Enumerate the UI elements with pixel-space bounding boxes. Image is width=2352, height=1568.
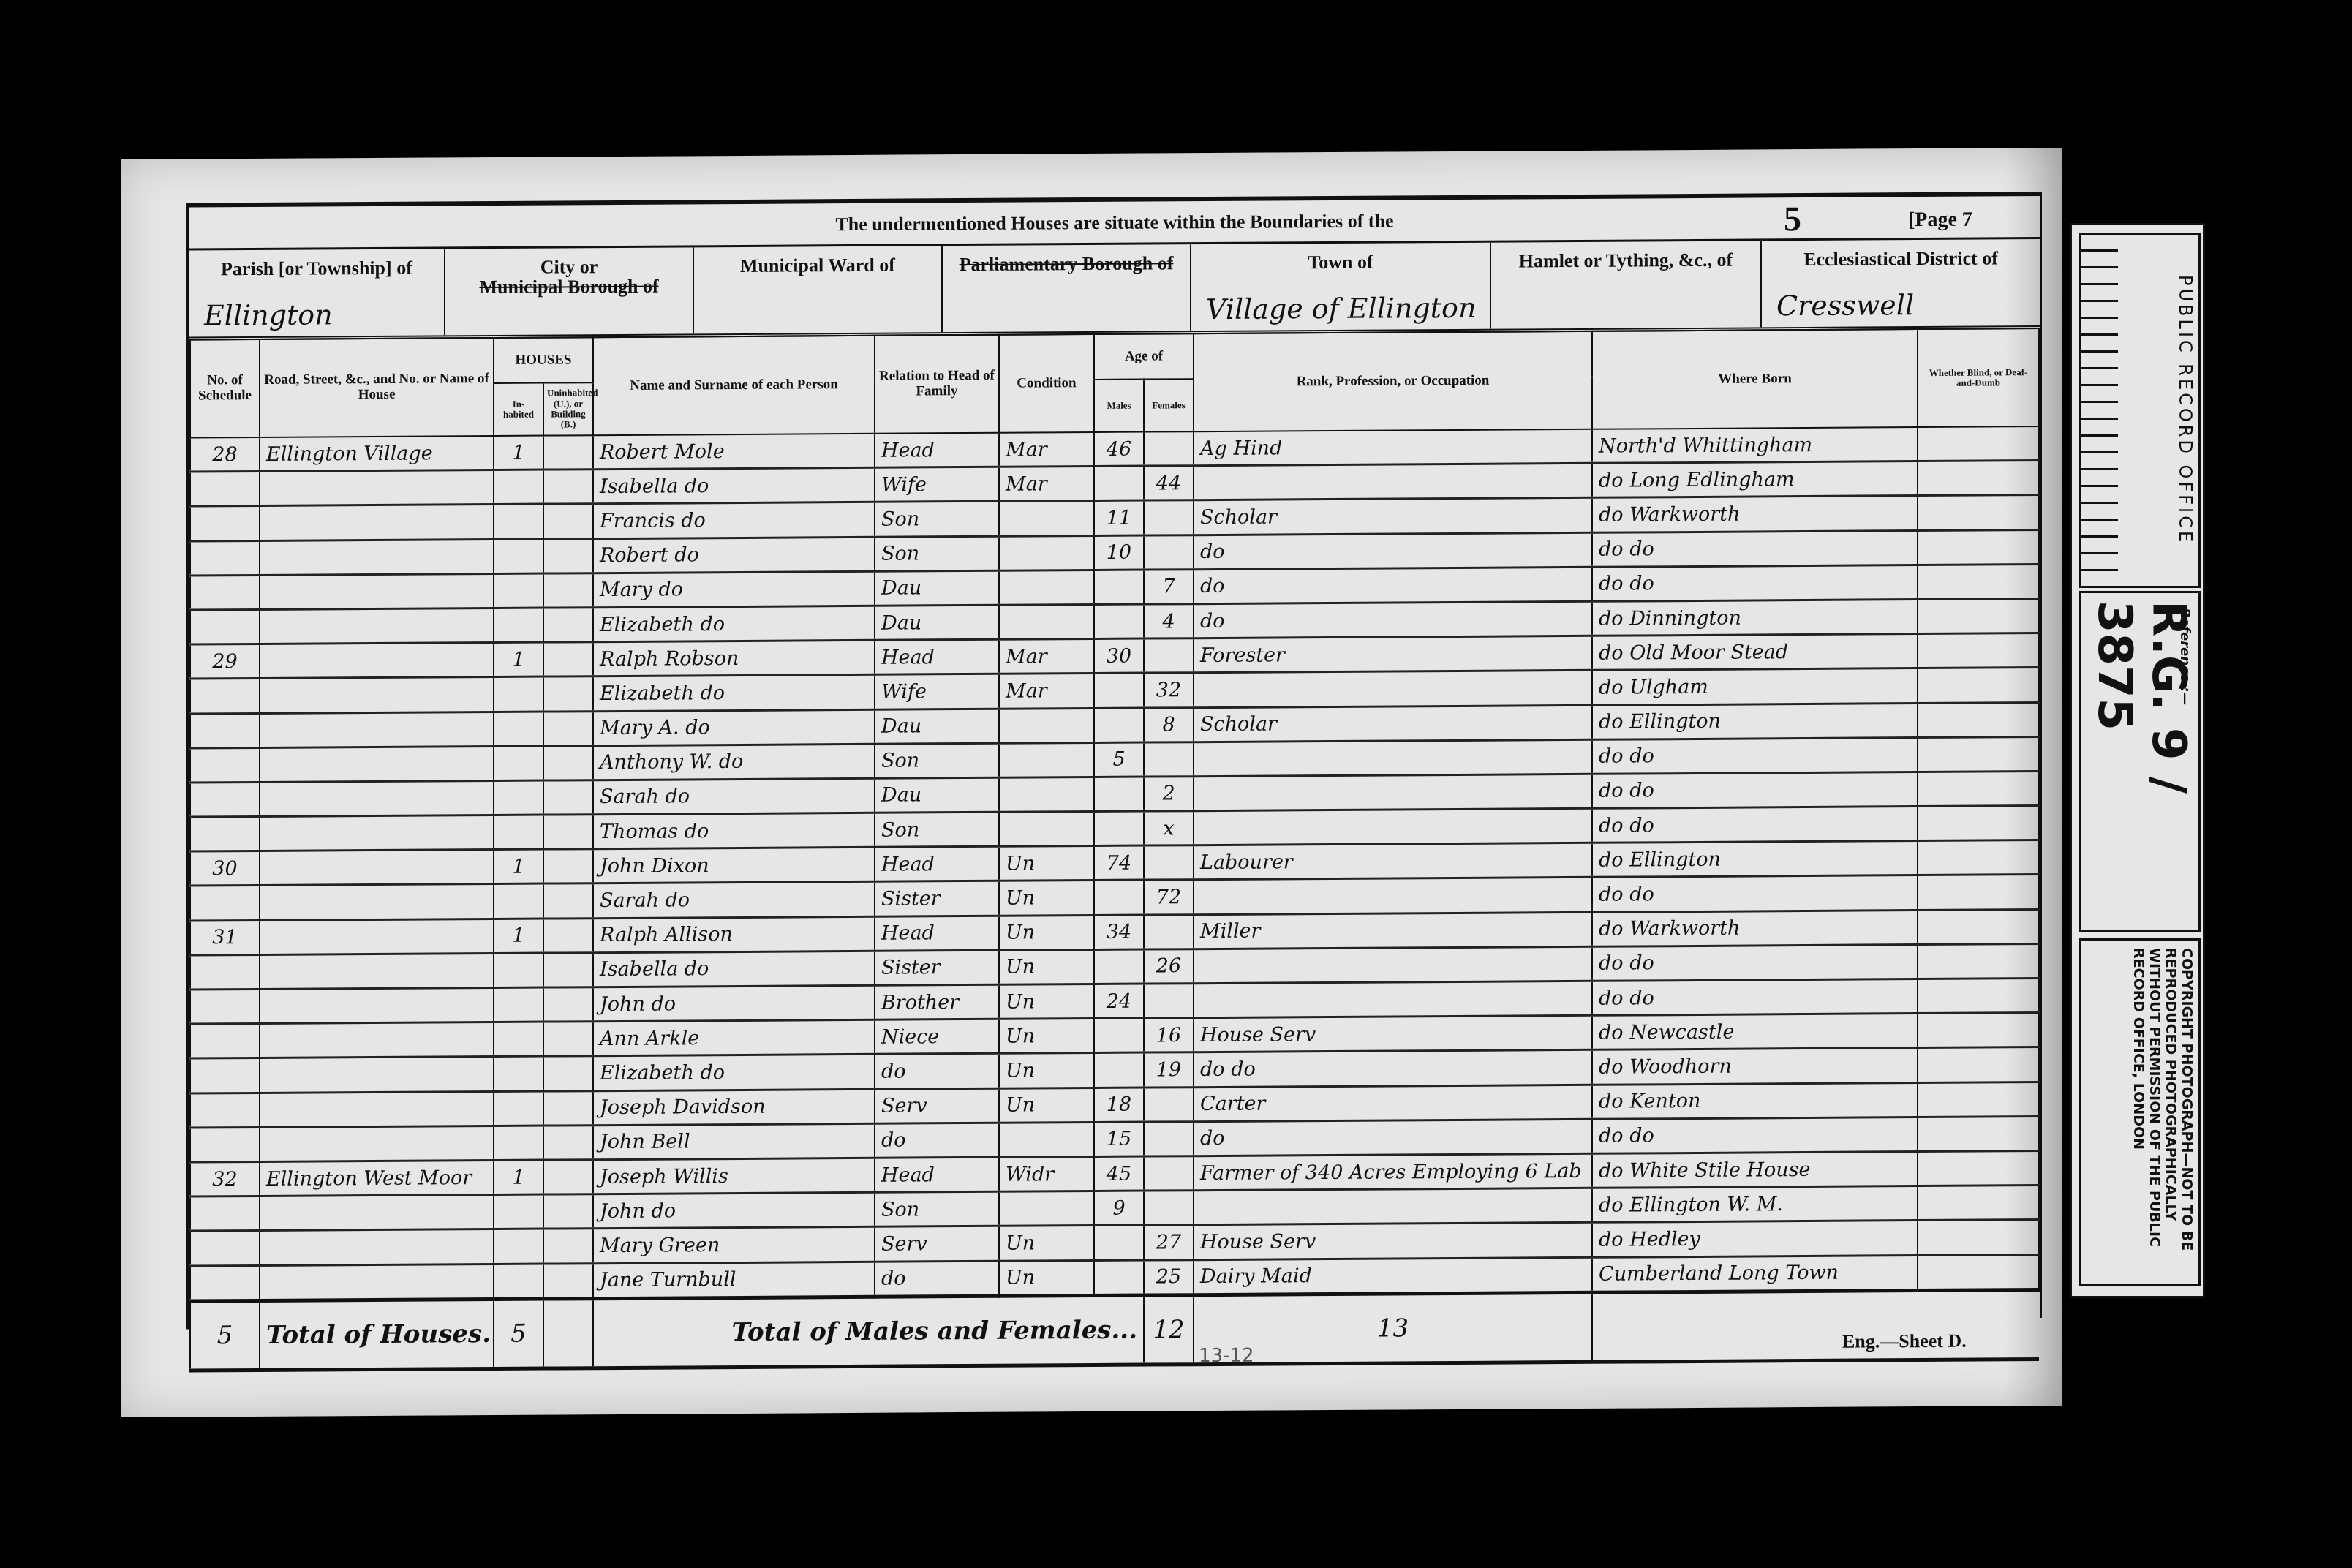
cell-inhabited: 1 [494,642,543,677]
cell-occupation: do do [1194,1050,1592,1088]
ruler-icon [2081,235,2118,586]
cell-female-age [1144,1087,1194,1122]
cell-female-age: 7 [1144,569,1194,604]
cell-male-age [1094,1260,1144,1296]
cell-male-age [1094,466,1144,501]
cell-uninhabited [543,1056,593,1091]
cell-male-age: 24 [1094,984,1144,1019]
cell-blind [1918,1013,2039,1048]
cell-schedule [190,1196,260,1232]
cell-condition: Mar [999,639,1094,674]
cell-occupation: Forester [1194,636,1592,673]
cell-relation: Brother [875,984,999,1019]
cell-blind [1918,1047,2039,1082]
cell-uninhabited [543,745,593,780]
cell-where-born: do Warkworth [1592,910,1918,946]
cell-blind [1918,806,2039,841]
cell-name: Elizabeth do [593,1055,875,1091]
cell-condition [999,501,1094,536]
cell-uninhabited [543,849,593,884]
col-schedule: No. of Schedule [190,339,260,438]
cell-name: Joseph Willis [593,1158,875,1194]
cell-inhabited [494,712,543,747]
cell-schedule: 31 [190,920,260,955]
total-males: 12 [1144,1294,1194,1364]
cell-inhabited [494,676,543,712]
office-title: PUBLIC RECORD OFFICE [2166,235,2195,586]
cell-where-born: do do [1592,979,1918,1016]
cell-male-age: 30 [1094,638,1144,674]
cell-where-born: do do [1592,530,1918,567]
cell-condition: Un [999,1260,1094,1296]
cell-schedule [190,472,260,507]
cell-road: Ellington Village [260,436,494,472]
cell-name: Joseph Davidson [593,1089,875,1126]
cell-occupation: House Serv [1194,1016,1592,1053]
cell-road [260,987,494,1023]
totals-row: 5 Total of Houses... 5 Total of Males an… [190,1289,2039,1370]
record-office-scale: PUBLIC RECORD OFFICE [2079,233,2201,588]
cell-male-age: 5 [1094,742,1144,777]
cell-female-age: 32 [1144,673,1194,708]
cell-blind [1918,426,2039,461]
cell-occupation: do [1194,601,1592,638]
cell-schedule [190,886,260,921]
cell-blind [1918,1151,2039,1186]
cell-where-born: do Ulgham [1592,668,1918,705]
cell-blind [1918,875,2039,910]
cell-condition: Mar [999,467,1094,502]
ecclesiastical-district-value: Cresswell [1776,290,2032,321]
city-label: City or [445,256,693,277]
cell-occupation: do [1194,532,1592,570]
cell-where-born: do do [1592,875,1918,912]
cell-inhabited [494,953,543,988]
col-females: Females [1144,379,1194,431]
hamlet-field: Hamlet or Tything, &c., of [1491,241,1762,328]
cell-schedule: 30 [190,851,260,886]
cell-inhabited [494,1056,543,1091]
cell-name: Mary do [593,571,875,608]
cell-condition [999,1122,1094,1157]
cell-name: Ralph Allison [593,916,875,953]
cell-relation: Sister [875,881,999,916]
cell-inhabited: 1 [494,919,543,954]
cell-blind [1918,564,2039,599]
cell-female-age: 16 [1144,1018,1194,1053]
cell-name: Francis do [593,502,875,539]
cell-name: Elizabeth do [593,606,875,642]
cell-condition [999,812,1094,847]
cell-occupation [1194,878,1592,915]
cell-uninhabited [543,676,593,712]
col-uninhabited: Uninhabited (U.), or Building (B.) [543,382,593,435]
town-label: Town of [1191,252,1490,274]
cell-name: John do [593,1192,875,1229]
cell-female-age [1144,914,1194,949]
total-houses-value: 5 [494,1299,543,1368]
col-males: Males [1094,380,1144,432]
municipal-borough-field: City or Municipal Borough of [445,247,694,335]
cell-uninhabited [543,883,593,919]
cell-where-born: do Newcastle [1592,1014,1918,1050]
cell-relation: Son [875,536,999,571]
parliamentary-borough-label: Parliamentary Borough of [943,253,1190,274]
cell-inhabited [494,815,543,850]
cell-uninhabited [543,1160,593,1195]
hamlet-label: Hamlet or Tything, &c., of [1491,249,1760,271]
cell-road [260,1264,494,1300]
cell-road: Ellington West Moor [260,1160,494,1196]
cell-occupation [1194,808,1592,845]
cell-male-age: 11 [1094,500,1144,535]
cell-where-born: do Warkworth [1592,496,1918,532]
cell-relation: Sister [875,950,999,985]
cell-condition: Un [999,881,1094,916]
cell-where-born: do do [1592,1117,1918,1153]
cell-where-born: do do [1592,737,1918,774]
cell-name: Sarah do [593,882,875,919]
municipal-ward-field: Municipal Ward of [694,246,943,333]
parish-field: Parish [or Township] of Ellington [189,249,445,336]
cell-female-age: 72 [1144,880,1194,915]
cell-where-born: do Ellington W. M. [1592,1186,1918,1223]
cell-male-age: 18 [1094,1088,1144,1123]
cell-female-age [1144,431,1194,466]
cell-uninhabited [543,573,593,608]
cell-where-born: do White Stile House [1592,1152,1918,1188]
cell-schedule [190,989,260,1024]
col-inhabited: In-habited [494,383,543,436]
cell-name: Robert Mole [593,434,875,470]
cell-male-age [1094,673,1144,708]
cell-condition: Un [999,984,1094,1019]
cell-blind [1918,771,2039,806]
reference-strip: PUBLIC RECORD OFFICE Reference :— R.G. 9… [2070,223,2205,1298]
cell-male-age [1094,777,1144,812]
cell-road [260,953,494,989]
copyright-notice: COPYRIGHT PHOTOGRAPH—NOT TO BE REPRODUCE… [2130,948,2194,1284]
cell-occupation [1194,464,1592,501]
cell-occupation: Ag Hind [1194,429,1592,466]
cell-female-age: 44 [1144,466,1194,501]
reference-box: Reference :— R.G. 9 / 3875 [2079,591,2201,932]
parish-value: Ellington [204,301,437,331]
cell-occupation: do [1194,567,1592,604]
pencil-note: 13-12 [1199,1345,1254,1367]
cell-uninhabited [543,918,593,953]
cell-female-age: 25 [1144,1259,1194,1295]
census-rows: 28Ellington Village1Robert MoleHeadMar46… [190,426,2039,1301]
cell-schedule [190,747,260,783]
boundary-header-row: Parish [or Township] of Ellington City o… [189,237,2040,340]
cell-male-age [1094,604,1144,639]
cell-relation: Dau [875,709,999,744]
cell-name: Isabella do [593,467,875,504]
cell-inhabited [494,1264,543,1300]
cell-male-age [1094,811,1144,846]
cell-blind [1918,943,2039,979]
cell-name: John do [593,985,875,1022]
cell-uninhabited [543,642,593,677]
cell-occupation [1194,671,1592,708]
cell-condition [999,742,1094,777]
census-form: The undermentioned Houses are situate wi… [186,192,2042,1329]
cell-male-age: 45 [1094,1156,1144,1191]
cell-where-born: do Hedley [1592,1221,1918,1257]
cell-blind [1918,979,2039,1014]
cell-relation: Serv [875,1226,999,1262]
total-blank [1592,1289,2039,1362]
cell-occupation [1194,739,1592,777]
cell-schedule [190,506,260,541]
cell-blind [1918,1186,2039,1221]
cell-where-born: do Ellington [1592,703,1918,739]
boundary-title: The undermentioned Houses are situate wi… [189,206,2040,239]
total-schedules: 5 [190,1300,260,1371]
cell-relation: Wife [875,467,999,502]
col-blind: Whether Blind, or Deaf-and-Dumb [1918,328,2039,427]
cell-where-born: do Dinnington [1592,600,1918,636]
cell-road [260,1022,494,1058]
cell-occupation [1194,946,1592,984]
cell-condition [999,535,1094,570]
cell-where-born: Cumberland Long Town [1592,1255,1918,1292]
municipal-borough-label: Municipal Borough of [445,276,693,298]
cell-male-age [1094,1052,1144,1088]
town-field: Town of Village of Ellington [1191,243,1491,331]
cell-schedule [190,1058,260,1093]
cell-road [260,1195,494,1231]
cell-male-age: 74 [1094,845,1144,881]
cell-road [260,884,494,920]
cell-condition [999,570,1094,605]
cell-schedule [190,954,260,990]
cell-inhabited [494,470,543,505]
cell-schedule [190,1093,260,1128]
cell-road [260,815,494,851]
cell-inhabited [494,1091,543,1126]
cell-condition: Un [999,1088,1094,1123]
cell-road [260,643,494,679]
cell-where-born: do do [1592,944,1918,981]
cell-blind [1918,840,2039,875]
cell-blind [1918,702,2039,737]
cell-blind [1918,633,2039,668]
cell-blind [1918,1116,2039,1151]
cell-name: Thomas do [593,813,875,849]
cell-relation: Head [875,847,999,882]
cell-road [260,780,494,816]
cell-blind [1918,909,2039,944]
cell-inhabited: 1 [494,436,543,470]
cell-inhabited [494,608,543,643]
cell-uninhabited [543,608,593,643]
cell-relation: Head [875,1157,999,1192]
cell-female-age [1144,1191,1194,1226]
cell-road [260,539,494,575]
cell-schedule: 29 [190,644,260,679]
cell-relation: do [875,1123,999,1158]
cell-occupation: Labourer [1194,843,1592,881]
cell-occupation [1194,981,1592,1018]
cell-schedule [190,713,260,748]
cell-relation: do [875,1261,999,1297]
cell-name: John Dixon [593,848,875,884]
cell-road [260,470,494,506]
cell-schedule [190,817,260,852]
cell-inhabited: 1 [494,1160,543,1195]
cell-name: Jane Turnbull [593,1262,875,1299]
cell-relation: do [875,1054,999,1089]
cell-schedule [190,782,260,817]
cell-female-age [1144,984,1194,1019]
parish-label: Parish [or Township] of [189,257,444,279]
cell-condition: Mar [999,432,1094,467]
total-persons-label: Total of Males and Females... [593,1295,1144,1368]
cell-uninhabited [543,504,593,539]
cell-relation: Head [875,916,999,951]
cell-relation: Son [875,812,999,847]
cell-name: Robert do [593,537,875,573]
cell-inhabited [494,504,543,539]
cell-condition [999,708,1094,743]
cell-condition: Un [999,915,1094,950]
col-age: Age of [1094,333,1194,380]
cell-uninhabited [543,815,593,850]
sheet-footer: Eng.—Sheet D. [1842,1330,1967,1353]
cell-relation: Serv [875,1088,999,1123]
cell-male-age: 34 [1094,915,1144,950]
census-page: The undermentioned Houses are situate wi… [121,148,2062,1417]
cell-road [260,608,494,644]
cell-male-age: 15 [1094,1122,1144,1157]
cell-occupation: Miller [1194,912,1592,949]
cell-female-age [1144,742,1194,777]
cell-schedule [190,1127,260,1162]
cell-name: Sarah do [593,778,875,815]
cell-schedule [190,1265,260,1301]
total-uninhabited [543,1298,593,1368]
cell-blind [1918,599,2039,634]
cell-female-age: x [1144,811,1194,846]
cell-uninhabited [543,987,593,1022]
cell-road [260,850,494,886]
cell-female-age [1144,1121,1194,1156]
cell-condition [999,777,1094,812]
cell-name: Mary A. do [593,709,875,746]
cell-occupation: Scholar [1194,705,1592,742]
cell-name: John Bell [593,1123,875,1160]
cell-female-age [1144,535,1194,570]
cell-where-born: do Ellington [1592,841,1918,878]
cell-blind [1918,529,2039,565]
cell-male-age: 10 [1094,535,1144,570]
cell-where-born: do do [1592,772,1918,808]
cell-road [260,677,494,713]
cell-occupation: Scholar [1194,498,1592,535]
cell-uninhabited [543,470,593,505]
cell-blind [1918,1082,2039,1117]
cell-occupation: Farmer of 340 Acres Employing 6 Lab [1194,1153,1592,1191]
cell-inhabited [494,884,543,919]
cell-schedule: 28 [190,437,260,472]
parliamentary-borough-field: Parliamentary Borough of [943,244,1191,332]
cell-name: Mary Green [593,1227,875,1264]
cell-uninhabited [543,780,593,815]
cell-uninhabited [543,1263,593,1299]
col-condition: Condition [999,334,1094,433]
cell-inhabited [494,746,543,781]
cell-relation: Wife [875,674,999,709]
cell-occupation: Carter [1194,1085,1592,1122]
cell-relation: Son [875,502,999,537]
cell-where-born: do Kenton [1592,1082,1918,1119]
cell-uninhabited [543,1229,593,1264]
cell-schedule [190,1231,260,1266]
cell-uninhabited [543,435,593,470]
cell-name: Elizabeth do [593,675,875,712]
cell-road [260,712,494,747]
cell-road [260,919,494,954]
col-name: Name and Surname of each Person [593,336,875,435]
cell-name: Isabella do [593,951,875,987]
cell-blind [1918,461,2039,496]
cell-condition: Un [999,1226,1094,1261]
cell-name: Ralph Robson [593,640,875,676]
cell-relation: Son [875,743,999,778]
cell-blind [1918,1220,2039,1255]
cell-relation: Son [875,1191,999,1226]
cell-where-born: do do [1592,565,1918,601]
cell-male-age [1094,881,1144,916]
cell-male-age [1094,708,1144,743]
cell-road [260,1057,494,1093]
cell-occupation: do [1194,1119,1592,1156]
cell-male-age [1094,949,1144,984]
cell-where-born: North'd Whittingham [1592,427,1918,463]
cell-inhabited [494,573,543,608]
copyright-box: COPYRIGHT PHOTOGRAPH—NOT TO BE REPRODUCE… [2079,938,2201,1286]
cell-blind [1918,495,2039,530]
cell-road [260,505,494,540]
cell-where-born: do Long Edlingham [1592,461,1918,498]
cell-schedule: 32 [190,1161,260,1196]
cell-female-age: 2 [1144,777,1194,812]
cell-road [260,1091,494,1127]
cell-road [260,1126,494,1161]
column-header-row: No. of Schedule Road, Street, &c., and N… [190,328,2039,385]
col-houses: HOUSES [494,337,593,383]
cell-condition: Un [999,1053,1094,1088]
cell-uninhabited [543,1090,593,1126]
cell-inhabited [494,1022,543,1057]
cell-condition: Un [999,1019,1094,1054]
cell-male-age [1094,570,1144,605]
col-road: Road, Street, &c., and No. or Name of Ho… [260,338,494,437]
cell-male-age: 46 [1094,432,1144,467]
col-relation: Relation to Head of Family [875,335,999,434]
cell-road [260,746,494,782]
cell-female-age [1144,638,1194,674]
cell-female-age [1144,500,1194,535]
cell-uninhabited [543,1194,593,1229]
cell-schedule [190,540,260,576]
cell-female-age: 26 [1144,949,1194,984]
cell-condition: Un [999,846,1094,881]
cell-male-age [1094,1018,1144,1053]
reference-code: R.G. 9 / 3875 [2087,600,2195,930]
